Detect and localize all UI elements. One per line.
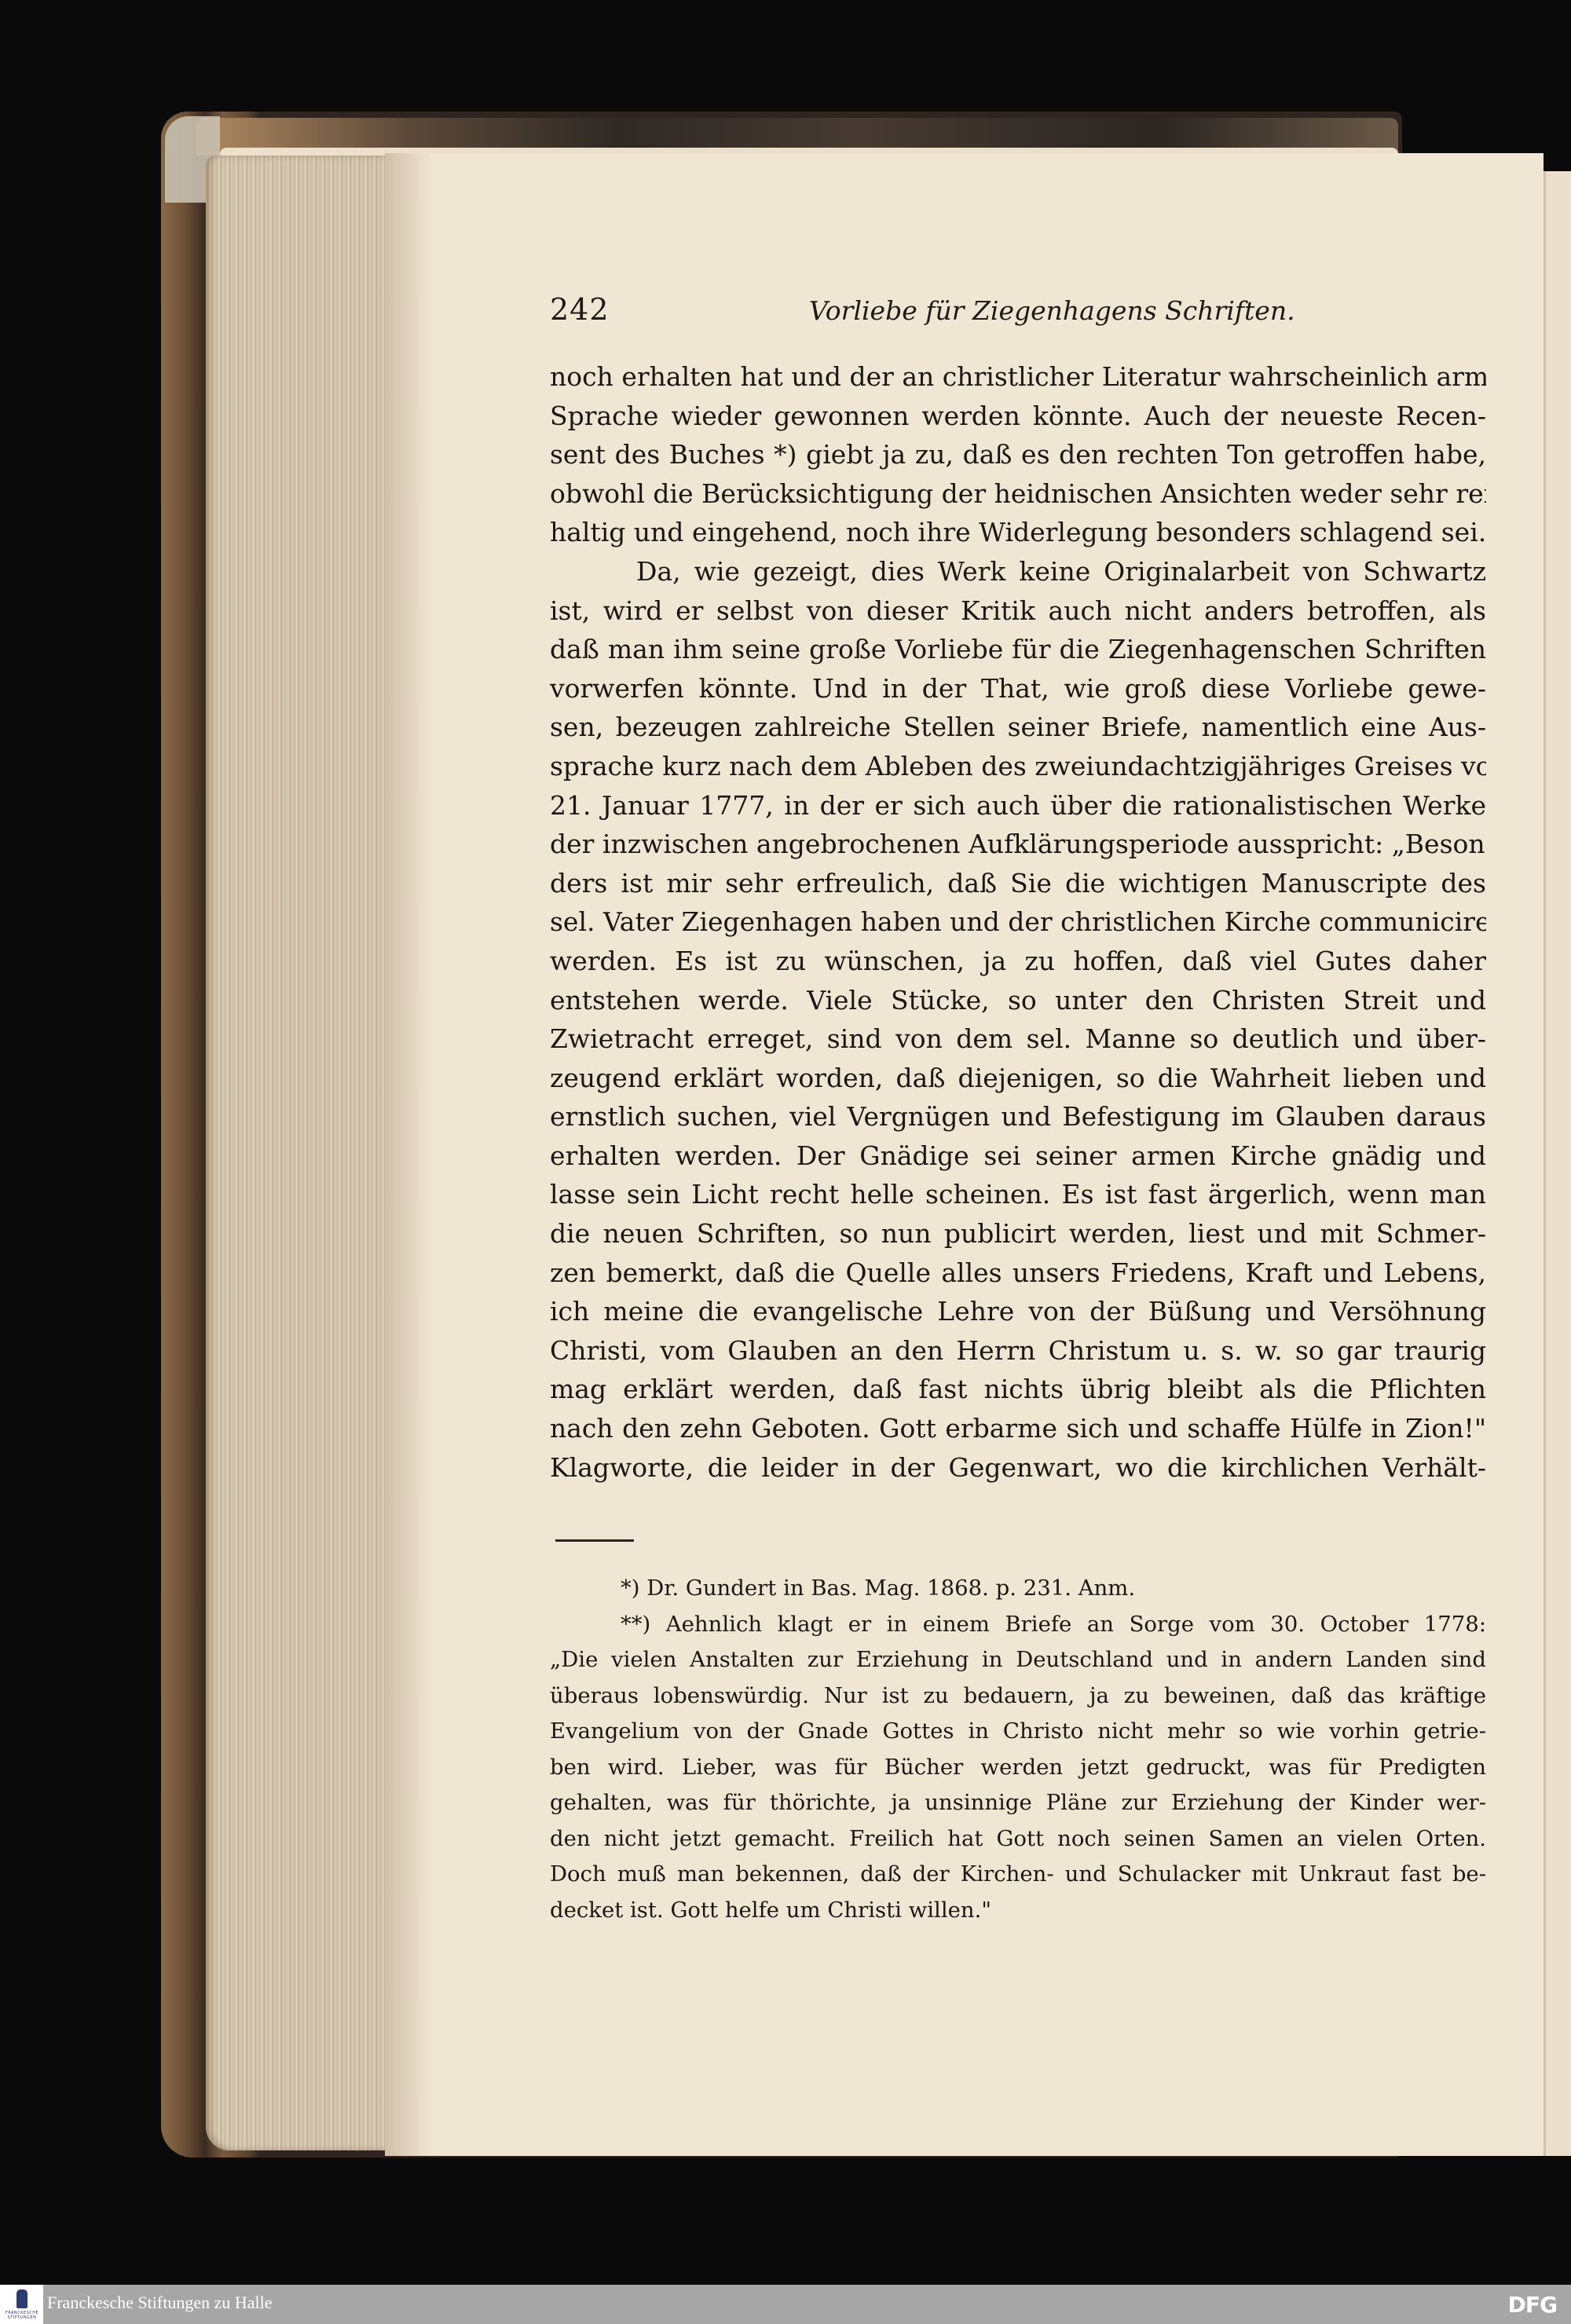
text-line: sel. Vater Ziegenhagen haben und der chr… (550, 902, 1486, 942)
francke-figure-icon (16, 2289, 27, 2308)
text-line: vorwerfen könnte. Und in der That, wie g… (550, 669, 1486, 708)
text-line: ernstlich suchen, viel Vergnügen und Bef… (550, 1097, 1486, 1136)
text-line: sent des Buches *) giebt ja zu, daß es d… (550, 435, 1486, 474)
logo-caption: FRANCKESCHE STIFTUNGEN (2, 2311, 42, 2320)
institution-logo[interactable]: FRANCKESCHE STIFTUNGEN (0, 2285, 43, 2324)
text-line: haltig und eingehend, noch ihre Widerleg… (550, 513, 1486, 552)
text-line: ders ist mir sehr erfreulich, daß Sie di… (550, 864, 1486, 903)
text-line: 21. Januar 1777, in der er sich auch übe… (550, 786, 1486, 825)
text-line: obwohl die Berücksichtigung der heidnisc… (550, 474, 1486, 514)
footnote-line: Evangelium von der Gnade Gottes in Chris… (550, 1714, 1486, 1750)
text-line: noch erhalten hat und der an christliche… (550, 357, 1486, 397)
institution-name[interactable]: Franckesche Stiftungen zu Halle (47, 2293, 273, 2313)
text-line: Sprache wieder gewonnen werden könnte. A… (550, 397, 1486, 436)
footnote-line: decket ist. Gott helfe um Christi willen… (550, 1893, 1486, 1929)
page-number: 242 (550, 292, 610, 327)
text-line: Da, wie gezeigt, dies Werk keine Origina… (550, 552, 1486, 591)
text-line: sen, bezeugen zahlreiche Stellen seiner … (550, 708, 1486, 747)
page-edges-stack (206, 156, 388, 2150)
main-text: noch erhalten hat und der an christliche… (550, 357, 1486, 1487)
viewer-footer-bar: FRANCKESCHE STIFTUNGEN Franckesche Stift… (0, 2285, 1571, 2324)
text-line: ich meine die evangelische Lehre von der… (550, 1292, 1486, 1331)
text-line: zeugend erklärt worden, daß diejenigen, … (550, 1059, 1486, 1098)
text-line: mag erklärt werden, daß fast nichts übri… (550, 1370, 1486, 1409)
footnote-line: den nicht jetzt gemacht. Freilich hat Go… (550, 1821, 1486, 1857)
footnote-line: **) Aehnlich klagt er in einem Briefe an… (550, 1607, 1486, 1643)
text-line: erhalten werden. Der Gnädige sei seiner … (550, 1136, 1486, 1176)
text-line: Klagworte, die leider in der Gegenwart, … (550, 1448, 1486, 1488)
running-title: Vorliebe für Ziegenhagens Schriften. (809, 295, 1295, 326)
text-line: nach den zehn Geboten. Gott erbarme sich… (550, 1409, 1486, 1448)
facing-page-edge (1544, 171, 1571, 2156)
text-line: ist, wird er selbst von dieser Kritik au… (550, 591, 1486, 631)
footnote-rule (555, 1539, 634, 1542)
footnote-line: ben wird. Lieber, was für Bücher werden … (550, 1750, 1486, 1786)
footnote-line: *) Dr. Gundert in Bas. Mag. 1868. p. 231… (550, 1571, 1486, 1607)
text-line: zen bemerkt, daß die Quelle alles unsers… (550, 1253, 1486, 1293)
text-line: Zwietracht erreget, sind von dem sel. Ma… (550, 1019, 1486, 1059)
text-line: entstehen werde. Viele Stücke, so unter … (550, 981, 1486, 1020)
footnote-line: überaus lobenswürdig. Nur ist zu bedauer… (550, 1678, 1486, 1715)
text-line: der inzwischen angebrochenen Aufklärungs… (550, 825, 1486, 864)
footnote-line: gehalten, was für thörichte, ja unsinnig… (550, 1785, 1486, 1821)
footnotes: *) Dr. Gundert in Bas. Mag. 1868. p. 231… (550, 1571, 1486, 1928)
page-gutter-shadow (385, 153, 432, 2156)
text-line: Christi, vom Glauben an den Herrn Christ… (550, 1331, 1486, 1371)
text-line: werden. Es ist zu wünschen, ja zu hoffen… (550, 942, 1486, 981)
footnote-line: Doch muß man bekennen, daß der Kirchen- … (550, 1857, 1486, 1893)
text-line: sprache kurz nach dem Ableben des zweiun… (550, 747, 1486, 786)
footnote-line: „Die vielen Anstalten zur Erziehung in D… (550, 1642, 1486, 1678)
dfg-logo[interactable]: DFG (1508, 2292, 1557, 2318)
text-line: die neuen Schriften, so nun publicirt we… (550, 1214, 1486, 1253)
text-line: daß man ihm seine große Vorliebe für die… (550, 630, 1486, 669)
text-line: lasse sein Licht recht helle scheinen. E… (550, 1175, 1486, 1214)
